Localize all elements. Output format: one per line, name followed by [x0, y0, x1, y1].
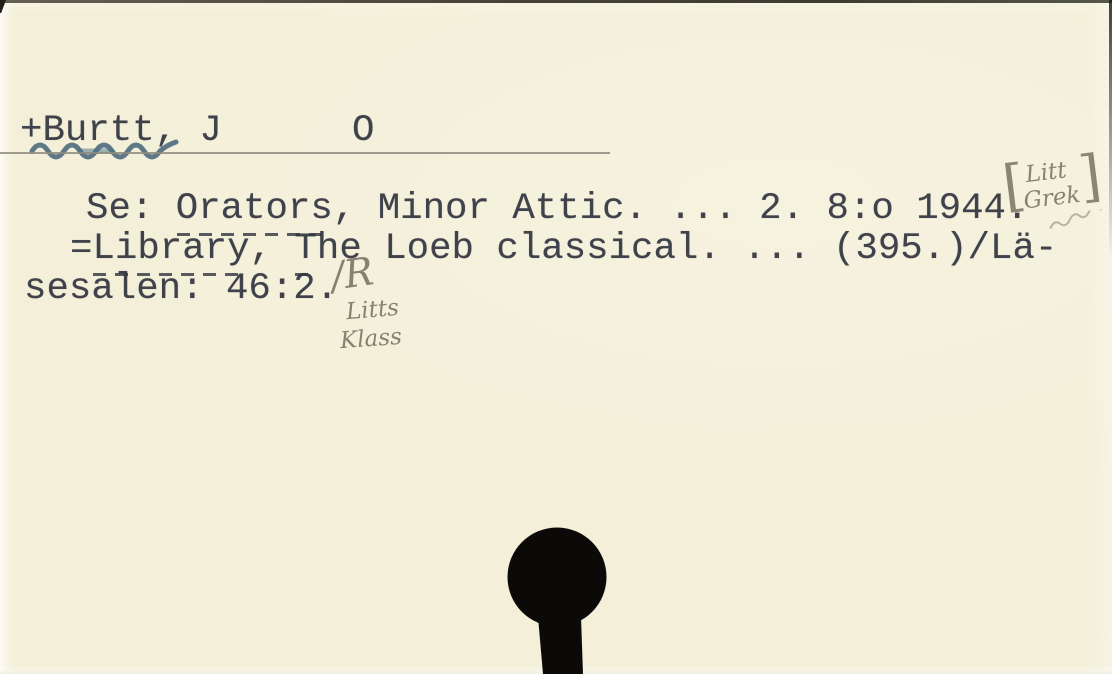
- line2-underlined-letter: T: [294, 228, 316, 270]
- line2-rest: he Loeb classical. ... (395.)/Lä-: [317, 228, 1057, 270]
- body-line-2: =Library, The Loeb classical. ... (395.)…: [70, 229, 1057, 269]
- body-line-3: sesalen: 46:2.: [24, 269, 338, 309]
- pencil-shelf-mark: /R: [328, 249, 376, 299]
- card-top-edge: [0, 0, 1112, 3]
- corner-note-line2: Grek: [1022, 182, 1082, 215]
- line2-mid: ,: [250, 228, 295, 270]
- line1-underlined-word: Orators: [176, 188, 333, 230]
- body-line-1: Se: Orators, Minor Attic. ... 2. 8:o 194…: [86, 189, 1028, 229]
- pencil-note-line1: Litts: [345, 295, 400, 326]
- line2-underlined-word: Library: [92, 228, 249, 270]
- wavy-underline: [27, 135, 183, 163]
- catalog-card: +Burtt, J O Se: Orators, Minor Attic. ..…: [0, 0, 1112, 674]
- line2-prefix: =: [70, 228, 92, 270]
- pencil-scribble: [1047, 209, 1107, 233]
- heading-author-initial: O: [352, 111, 374, 151]
- punch-hole: [494, 519, 624, 674]
- line1-rest: , Minor Attic. ... 2. 8:o 1944.: [333, 188, 1029, 230]
- line1-prefix: Se:: [86, 188, 176, 230]
- heading-rule: [0, 152, 610, 154]
- line3-text: sesalen: 46:2.: [24, 268, 338, 310]
- corner-speck: [0, 0, 6, 13]
- pencil-note-line2: Klass: [339, 324, 403, 354]
- corner-classification-note: [ Litt Grek ]: [1000, 151, 1104, 217]
